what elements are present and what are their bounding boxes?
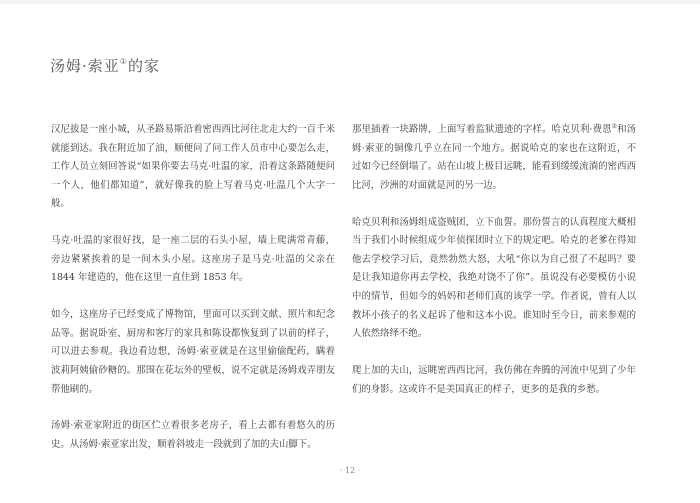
title-footnote-marker: ① xyxy=(120,57,128,66)
paragraph-with-footnote: 那里插着一块路牌，上面写着监狱遗迹的字样。哈克贝利·费恩②和汤姆·索亚的铜像几乎… xyxy=(352,121,636,195)
right-column: 那里插着一块路牌，上面写着监狱遗迹的字样。哈克贝利·费恩②和汤姆·索亚的铜像几乎… xyxy=(352,121,636,417)
paragraph: 汤姆·索亚家附近的街区伫立着很多老房子，看上去都有着悠久的历史。从汤姆·索亚家出… xyxy=(51,417,335,454)
paragraph: 如今，这座房子已经变成了博物馆，里面可以买到文献、照片和纪念品等。据说卧室、厨房… xyxy=(51,306,335,399)
paragraph: 马克·吐温的家很好找，是一座二层的石头小屋，墙上爬满常青藤，旁边紧紧挨着的是一间… xyxy=(51,232,335,288)
page-number: · 12 · xyxy=(0,466,700,475)
left-column: 汉尼拔是一座小城，从圣路易斯沿着密西西比河往北走大约一百千米就能到达。我在附近加… xyxy=(51,121,335,473)
paragraph-text: 那里插着一块路牌，上面写着监狱遗迹的字样。哈克贝利·费恩 xyxy=(352,124,612,135)
page-title: 汤姆·索亚①的家 xyxy=(50,55,160,76)
page-top-edge xyxy=(0,0,700,4)
paragraph: 哈克贝利和汤姆组成盗贼团，立下血誓。那份誓言的认真程度大概相当于我们小时候组成少… xyxy=(352,214,636,344)
title-main: 汤姆·索亚 xyxy=(50,57,120,75)
paragraph: 汉尼拔是一座小城，从圣路易斯沿着密西西比河往北走大约一百千米就能到达。我在附近加… xyxy=(51,121,335,214)
title-tail: 的家 xyxy=(128,57,160,75)
paragraph: 爬上加的夫山，远眺密西西比河，我仿佛在奔腾的河流中见到了少年们的身影。这或许不是… xyxy=(352,362,636,399)
